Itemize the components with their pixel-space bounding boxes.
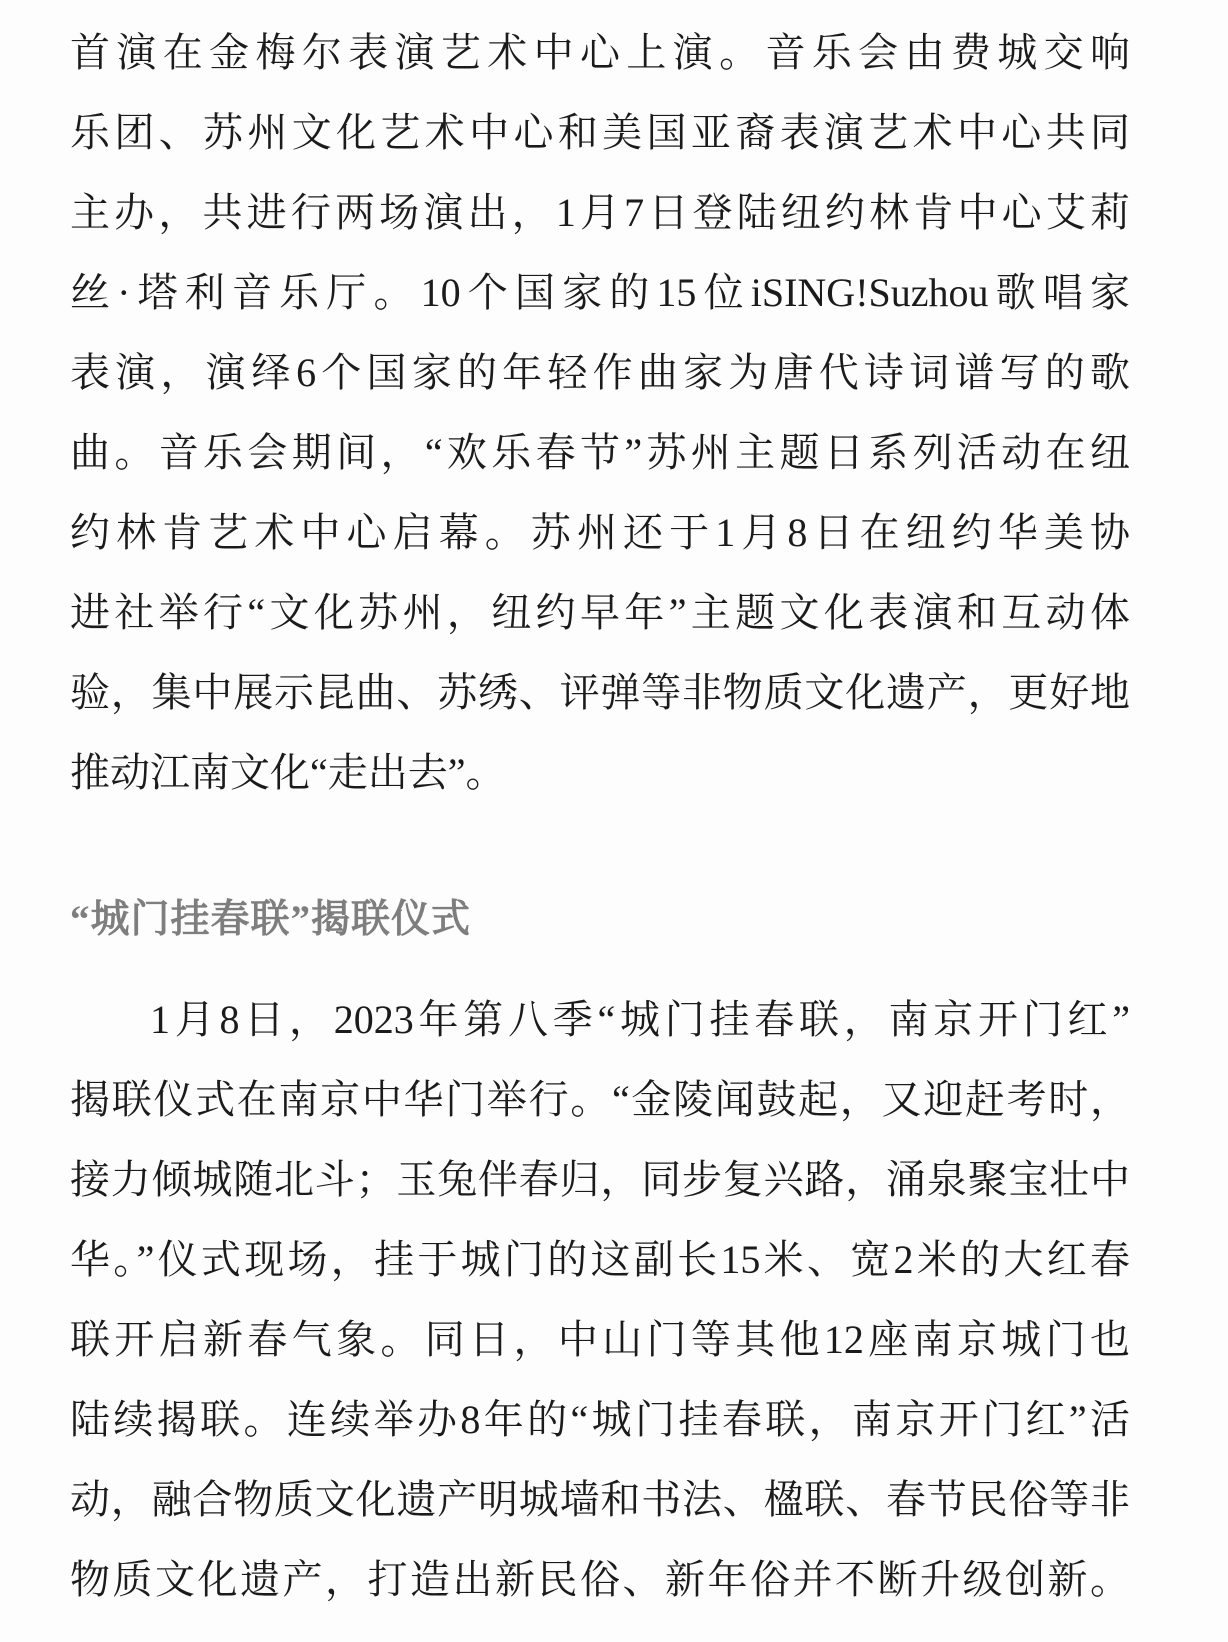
section-heading: “城门挂春联”揭联仪式: [70, 890, 1130, 950]
text-line: 进社举行“文化苏州，纽约早年”主题文化表演和互动体: [70, 573, 1130, 653]
text-line: 物质文化遗产，打造出新民俗、新年俗并不断升级创新。: [70, 1540, 1130, 1620]
text-line: 推动江南文化“走出去”。: [70, 733, 1130, 813]
text-line: 动，融合物质文化遗产明城墙和书法、楹联、春节民俗等非: [70, 1460, 1130, 1540]
body-paragraph-continuation: 首演在金梅尔表演艺术中心上演。音乐会由费城交响 乐团、苏州文化艺术中心和美国亚裔…: [70, 13, 1130, 813]
text-line: 表演，演绎6个国家的年轻作曲家为唐代诗词谱写的歌: [70, 333, 1130, 413]
section-paragraph: 1月8日，2023年第八季“城门挂春联，南京开门红” 揭联仪式在南京中华门举行。…: [70, 980, 1130, 1620]
text-line: 丝·塔利音乐厅。10个国家的15位iSING!Suzhou歌唱家: [70, 253, 1130, 333]
text-line: 揭联仪式在南京中华门举行。“金陵闻鼓起，又迎赶考时，: [70, 1060, 1130, 1140]
text-line: 验，集中展示昆曲、苏绣、评弹等非物质文化遗产，更好地: [70, 653, 1130, 733]
text-line: 乐团、苏州文化艺术中心和美国亚裔表演艺术中心共同: [70, 93, 1130, 173]
text-line: 约林肯艺术中心启幕。苏州还于1月8日在纽约华美协: [70, 493, 1130, 573]
document-page: 首演在金梅尔表演艺术中心上演。音乐会由费城交响 乐团、苏州文化艺术中心和美国亚裔…: [0, 0, 1228, 1642]
text-line: 华。”仪式现场，挂于城门的这副长15米、宽2米的大红春: [70, 1220, 1130, 1300]
text-line: 主办，共进行两场演出，1月7日登陆纽约林肯中心艾莉: [70, 173, 1130, 253]
text-line: 首演在金梅尔表演艺术中心上演。音乐会由费城交响: [70, 13, 1130, 93]
text-line: 1月8日，2023年第八季“城门挂春联，南京开门红”: [70, 980, 1130, 1060]
text-line: 曲。音乐会期间，“欢乐春节”苏州主题日系列活动在纽: [70, 413, 1130, 493]
text-line: 陆续揭联。连续举办8年的“城门挂春联，南京开门红”活: [70, 1380, 1130, 1460]
text-line: 联开启新春气象。同日，中山门等其他12座南京城门也: [70, 1300, 1130, 1380]
text-line: 接力倾城随北斗；玉兔伴春归，同步复兴路，涌泉聚宝壮中: [70, 1140, 1130, 1220]
